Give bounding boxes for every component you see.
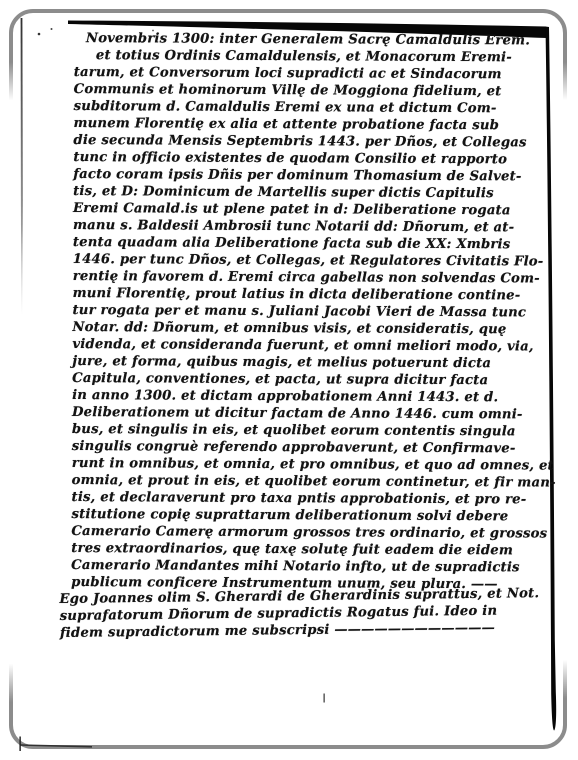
- scanned-document: Novembris 1300: inter Generalem Sacrę Ca…: [0, 0, 578, 760]
- frame-fade-right: [559, 62, 573, 698]
- notary-subscription: Ego Joannes olim S. Gherardi de Gherardi…: [59, 585, 536, 642]
- manuscript-text: Novembris 1300: inter Generalem Sacrę Ca…: [74, 30, 536, 642]
- frame-fade-left: [5, 62, 19, 702]
- manuscript-body: Novembris 1300: inter Generalem Sacrę Ca…: [71, 30, 536, 593]
